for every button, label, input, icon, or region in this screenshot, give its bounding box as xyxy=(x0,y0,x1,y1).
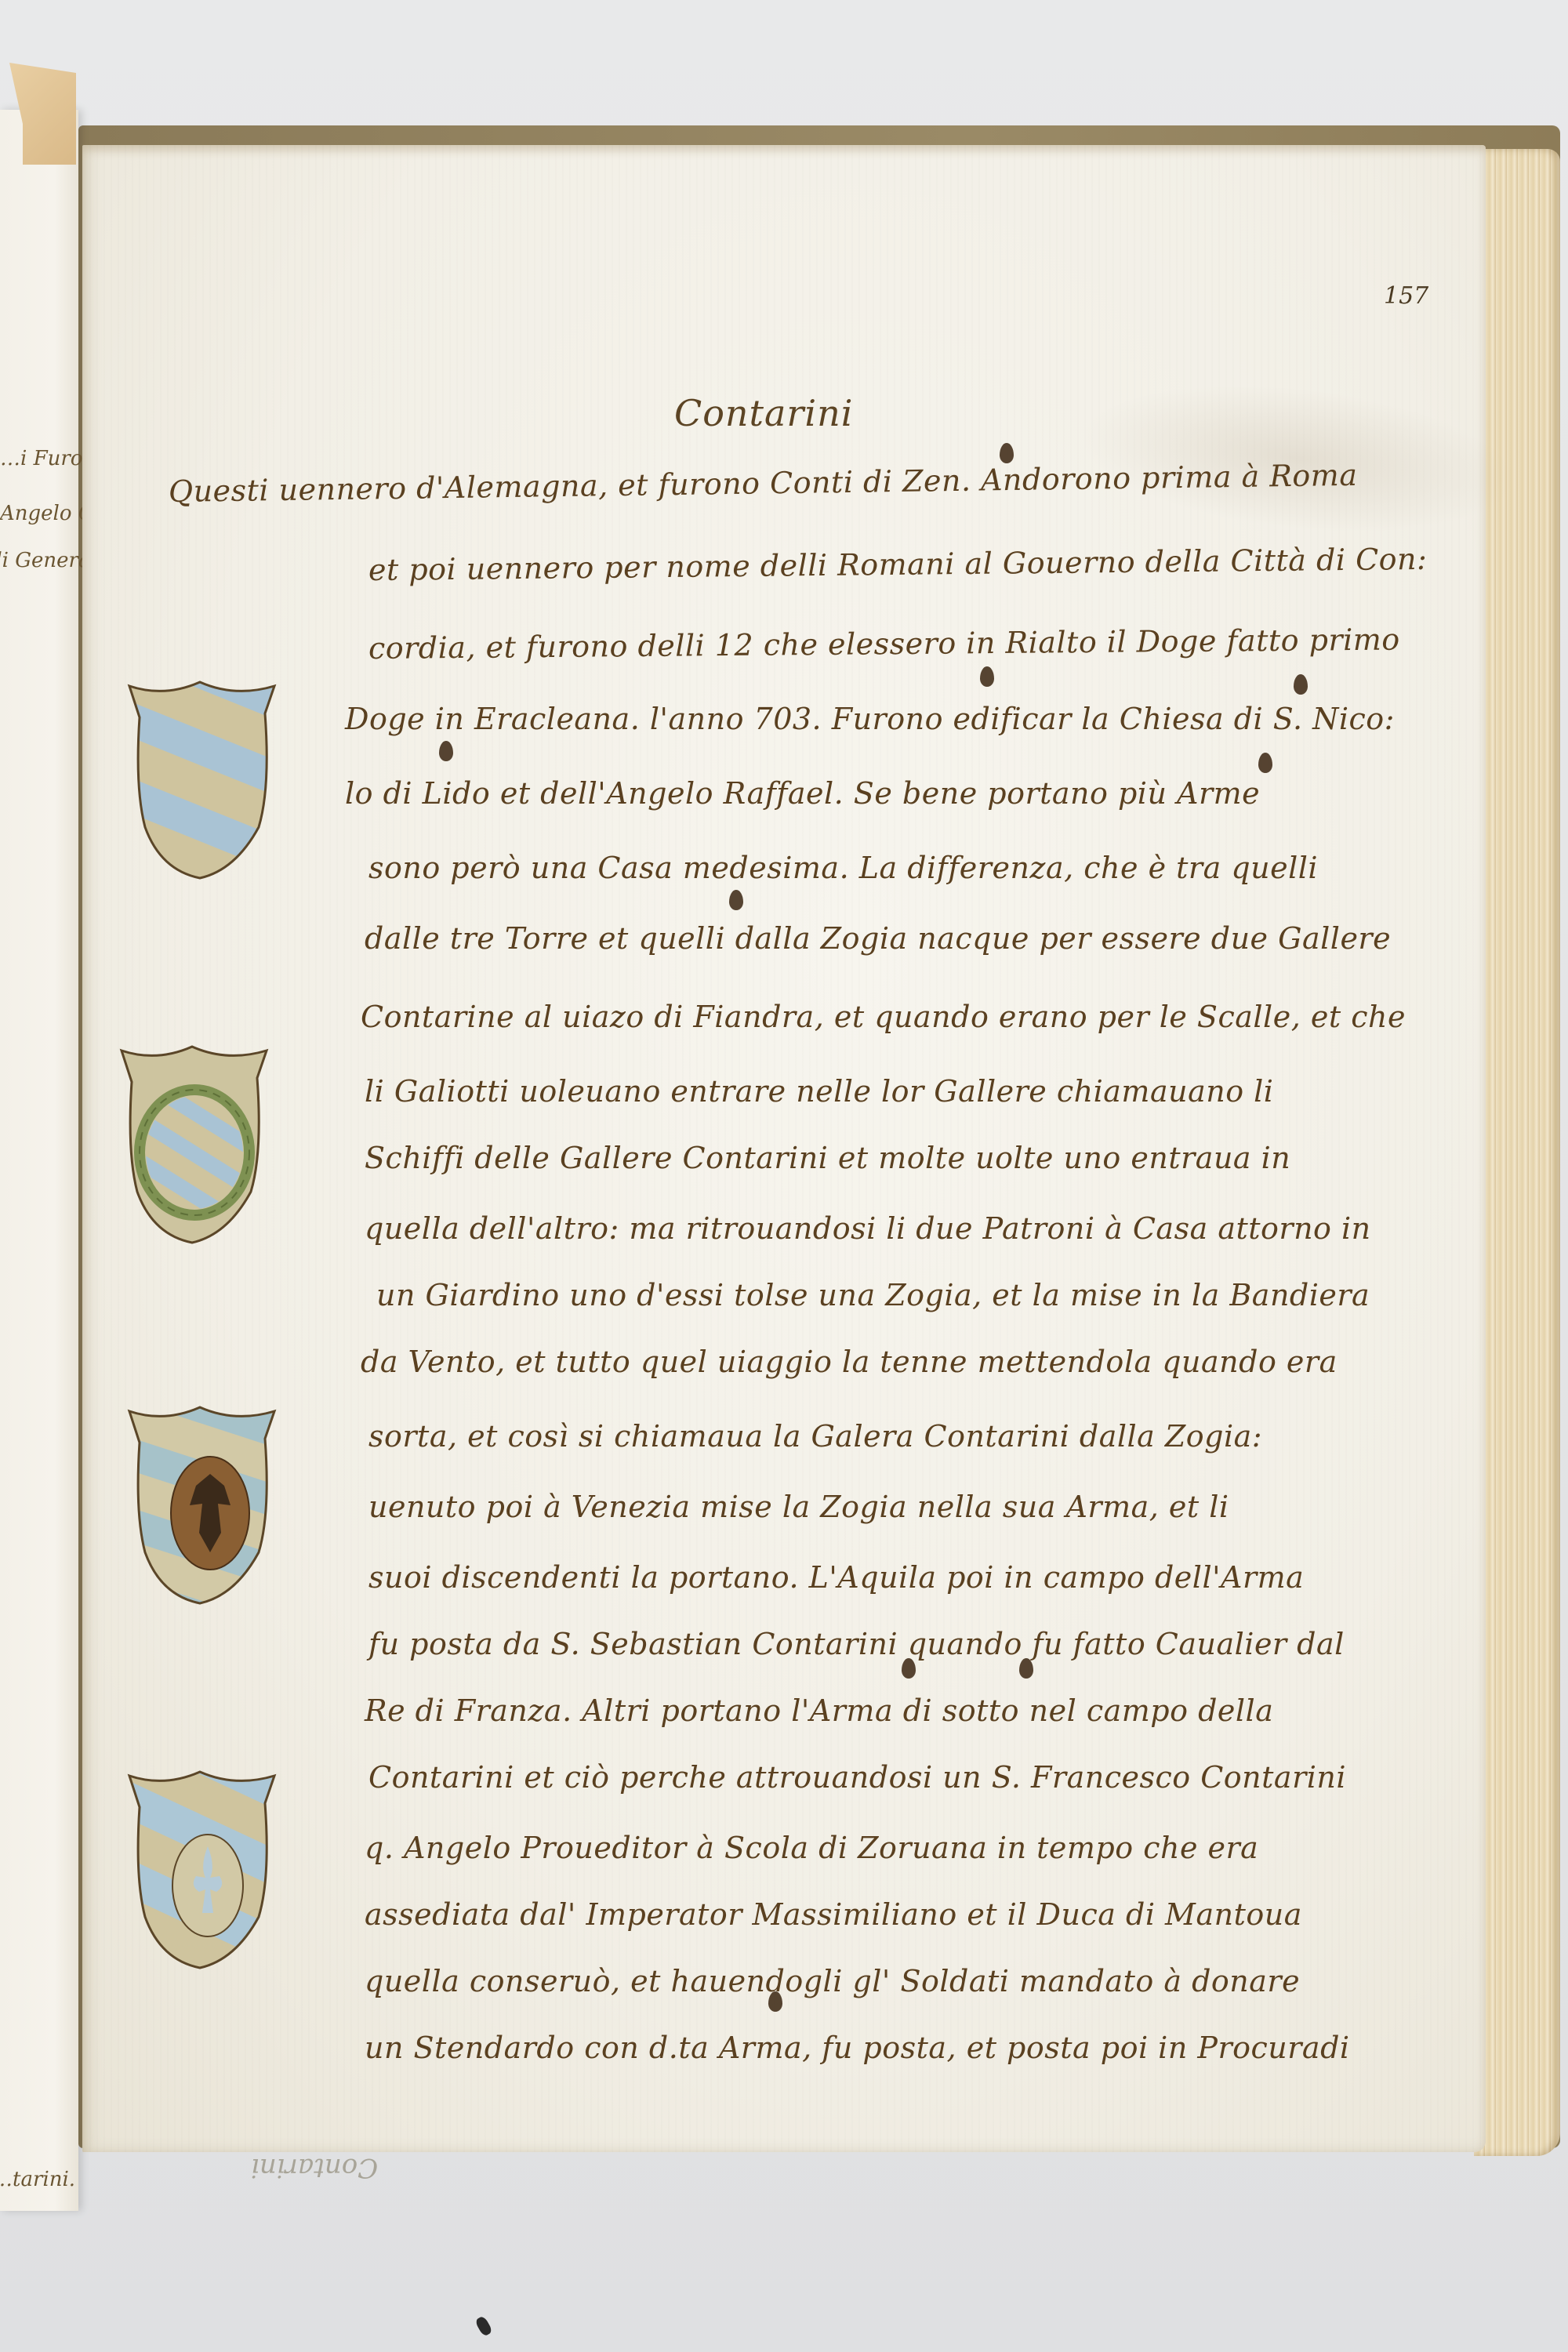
text-line: li Galiotti uoleuano entrare nelle lor G… xyxy=(365,1074,1273,1109)
page-title: Contarini xyxy=(674,392,853,434)
ink-blot xyxy=(729,890,743,910)
paper-tab xyxy=(9,63,76,165)
text-line: quella dell'altro: ma ritrouandosi li du… xyxy=(365,1211,1371,1246)
text-line: uenuto poi à Venezia mise la Zogia nella… xyxy=(368,1490,1229,1524)
text-line: sorta, et così si chiamaua la Galera Con… xyxy=(368,1419,1262,1454)
text-line: Doge in Eracleana. l'anno 703. Furono ed… xyxy=(345,702,1395,736)
previous-page: …i Furono Angelo Ca: …di Generali …tarin… xyxy=(0,110,78,2211)
ink-blot xyxy=(1294,674,1308,695)
text-line: q. Angelo Proueditor à Scola di Zoruana … xyxy=(365,1831,1258,1865)
text-line: dalle tre Torre et quelli dalla Zogia na… xyxy=(365,921,1391,956)
ink-blot xyxy=(1000,443,1014,463)
text-line: Contarine al uiazo di Fiandra, et quando… xyxy=(361,1000,1406,1034)
coat-of-arms-fleur-de-lis xyxy=(118,1760,282,1972)
ink-blot xyxy=(439,741,453,761)
text-line: Schiffi delle Gallere Contarini et molte… xyxy=(365,1141,1290,1175)
faint-note: Contarini xyxy=(251,2152,378,2183)
text-line: Contarini et ciò perche attrouandosi un … xyxy=(368,1760,1346,1795)
coat-of-arms-bendy xyxy=(118,670,282,882)
shield-icon xyxy=(110,1035,274,1247)
ink-blot xyxy=(980,666,994,687)
margin-note: …tarini. xyxy=(0,2168,75,2191)
text-line: Re di Franza. Altri portano l'Arma di so… xyxy=(365,1693,1273,1728)
ink-blot xyxy=(1019,1658,1033,1679)
ink-blot xyxy=(1258,753,1272,773)
text-line: sono però una Casa medesima. La differen… xyxy=(368,851,1318,885)
text-line: assediata dal' Imperator Massimiliano et… xyxy=(365,1897,1302,1932)
text-line: da Vento, et tutto quel uiaggio la tenne… xyxy=(361,1345,1338,1379)
coat-of-arms-wreath xyxy=(110,1035,274,1247)
text-line: fu posta da S. Sebastian Contarini quand… xyxy=(368,1627,1345,1661)
text-line: lo di Lido et dell'Angelo Raffael. Se be… xyxy=(345,776,1260,811)
shield-icon xyxy=(118,670,282,882)
text-line: suoi discendenti la portano. L'Aquila po… xyxy=(368,1560,1304,1595)
shield-icon xyxy=(118,1396,282,1607)
shield-icon xyxy=(118,1760,282,1972)
ink-blot xyxy=(902,1658,916,1679)
folio-number: 157 xyxy=(1384,282,1428,310)
coat-of-arms-eagle xyxy=(118,1396,282,1607)
text-line: un Giardino uno d'essi tolse una Zogia, … xyxy=(376,1278,1370,1312)
text-line: un Stendardo con d.ta Arma, fu posta, et… xyxy=(365,2031,1350,2065)
ink-blot xyxy=(768,1991,782,2012)
text-line: quella conseruò, et hauendogli gl' Solda… xyxy=(365,1964,1300,1998)
